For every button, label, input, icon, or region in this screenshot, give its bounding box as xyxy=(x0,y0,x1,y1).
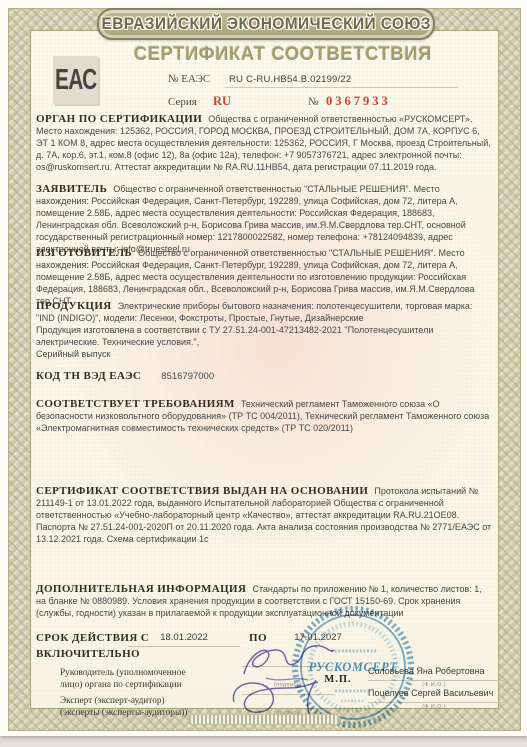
blank-number-value: 0367933 xyxy=(326,94,391,109)
section-tnved-code-label: КОД ТН ВЭД ЕАЭС xyxy=(36,370,141,382)
section-applicant-text: Общество с ограниченной ответственностью… xyxy=(36,184,466,254)
certificate-number-underline xyxy=(225,87,458,88)
eac-logo-text: ЕАС xyxy=(55,64,96,97)
section-certification-body-label: ОРГАН ПО СЕРТИФИКАЦИИ xyxy=(36,113,202,125)
certificate-number-value: RU C-RU.HB54.B.02199/22 xyxy=(229,74,351,85)
section-requirements: СООТВЕТСТВУЕТ ТРЕБОВАНИЯМТехнический рег… xyxy=(36,398,492,434)
section-issued-basis: СЕРТИФИКАТ СООТВЕТСТВИЯ ВЫДАН НА ОСНОВАН… xyxy=(36,485,492,545)
certificate-sheet: ЕВРАЗИЙСКИЙ ЭКОНОМИЧЕСКИЙ СОЮЗ ЕАС СЕРТИ… xyxy=(0,0,527,736)
certificate-number-label: № ЕАЭС xyxy=(168,73,210,85)
section-manufacturer-label: ИЗГОТОВИТЕЛЬ xyxy=(36,247,132,259)
section-additional-info: ДОПОЛНИТЕЛЬНАЯ ИНФОРМАЦИЯСтандарты по пр… xyxy=(36,583,492,619)
microprint-strip xyxy=(188,714,340,725)
section-additional-info-label: ДОПОЛНИТЕЛЬНАЯ ИНФОРМАЦИЯ xyxy=(36,583,246,595)
series-value: RU xyxy=(213,94,231,109)
blank-number-label: № xyxy=(308,96,319,108)
section-issued-basis-label: СЕРТИФИКАТ СООТВЕТСТВИЯ ВЫДАН НА ОСНОВАН… xyxy=(36,485,368,497)
section-products-label: ПРОДУКЦИЯ xyxy=(36,300,112,312)
union-banner: ЕВРАЗИЙСКИЙ ЭКОНОМИЧЕСКИЙ СОЮЗ xyxy=(97,8,435,40)
union-name: ЕВРАЗИЙСКИЙ ЭКОНОМИЧЕСКИЙ СОЮЗ xyxy=(101,15,430,34)
section-manufacturer: ИЗГОТОВИТЕЛЬОбщество с ограниченной отве… xyxy=(36,247,492,307)
head-of-body-label: Руководитель (уполномоченное лицо) орган… xyxy=(60,668,245,691)
section-tnved-code: КОД ТН ВЭД ЕАЭС8516797000 xyxy=(36,370,492,383)
validity-inclusive-label: ВКЛЮЧИТЕЛЬНО xyxy=(36,648,140,660)
stamp-org-name: РУСКОМСЕРТ xyxy=(309,660,399,674)
certificate-title: СЕРТИФИКАТ СООТВЕТСТВИЯ xyxy=(8,44,519,66)
section-requirements-label: СООТВЕТСТВУЕТ ТРЕБОВАНИЯМ xyxy=(36,398,235,410)
series-label: Серия xyxy=(168,96,197,108)
stamp-place-mark: М.П. xyxy=(316,674,360,685)
section-applicant: ЗАЯВИТЕЛЬОбщество с ограниченной ответст… xyxy=(36,183,492,255)
section-tnved-code-value: 8516797000 xyxy=(161,371,214,382)
section-applicant-label: ЗАЯВИТЕЛЬ xyxy=(36,183,107,195)
section-certification-body: ОРГАН ПО СЕРТИФИКАЦИИОбщества с ограниче… xyxy=(36,113,492,173)
section-products: ПРОДУКЦИЯЭлектрические приборы бытового … xyxy=(36,300,492,360)
validity-from-date: 18.01.2022 xyxy=(128,632,240,647)
